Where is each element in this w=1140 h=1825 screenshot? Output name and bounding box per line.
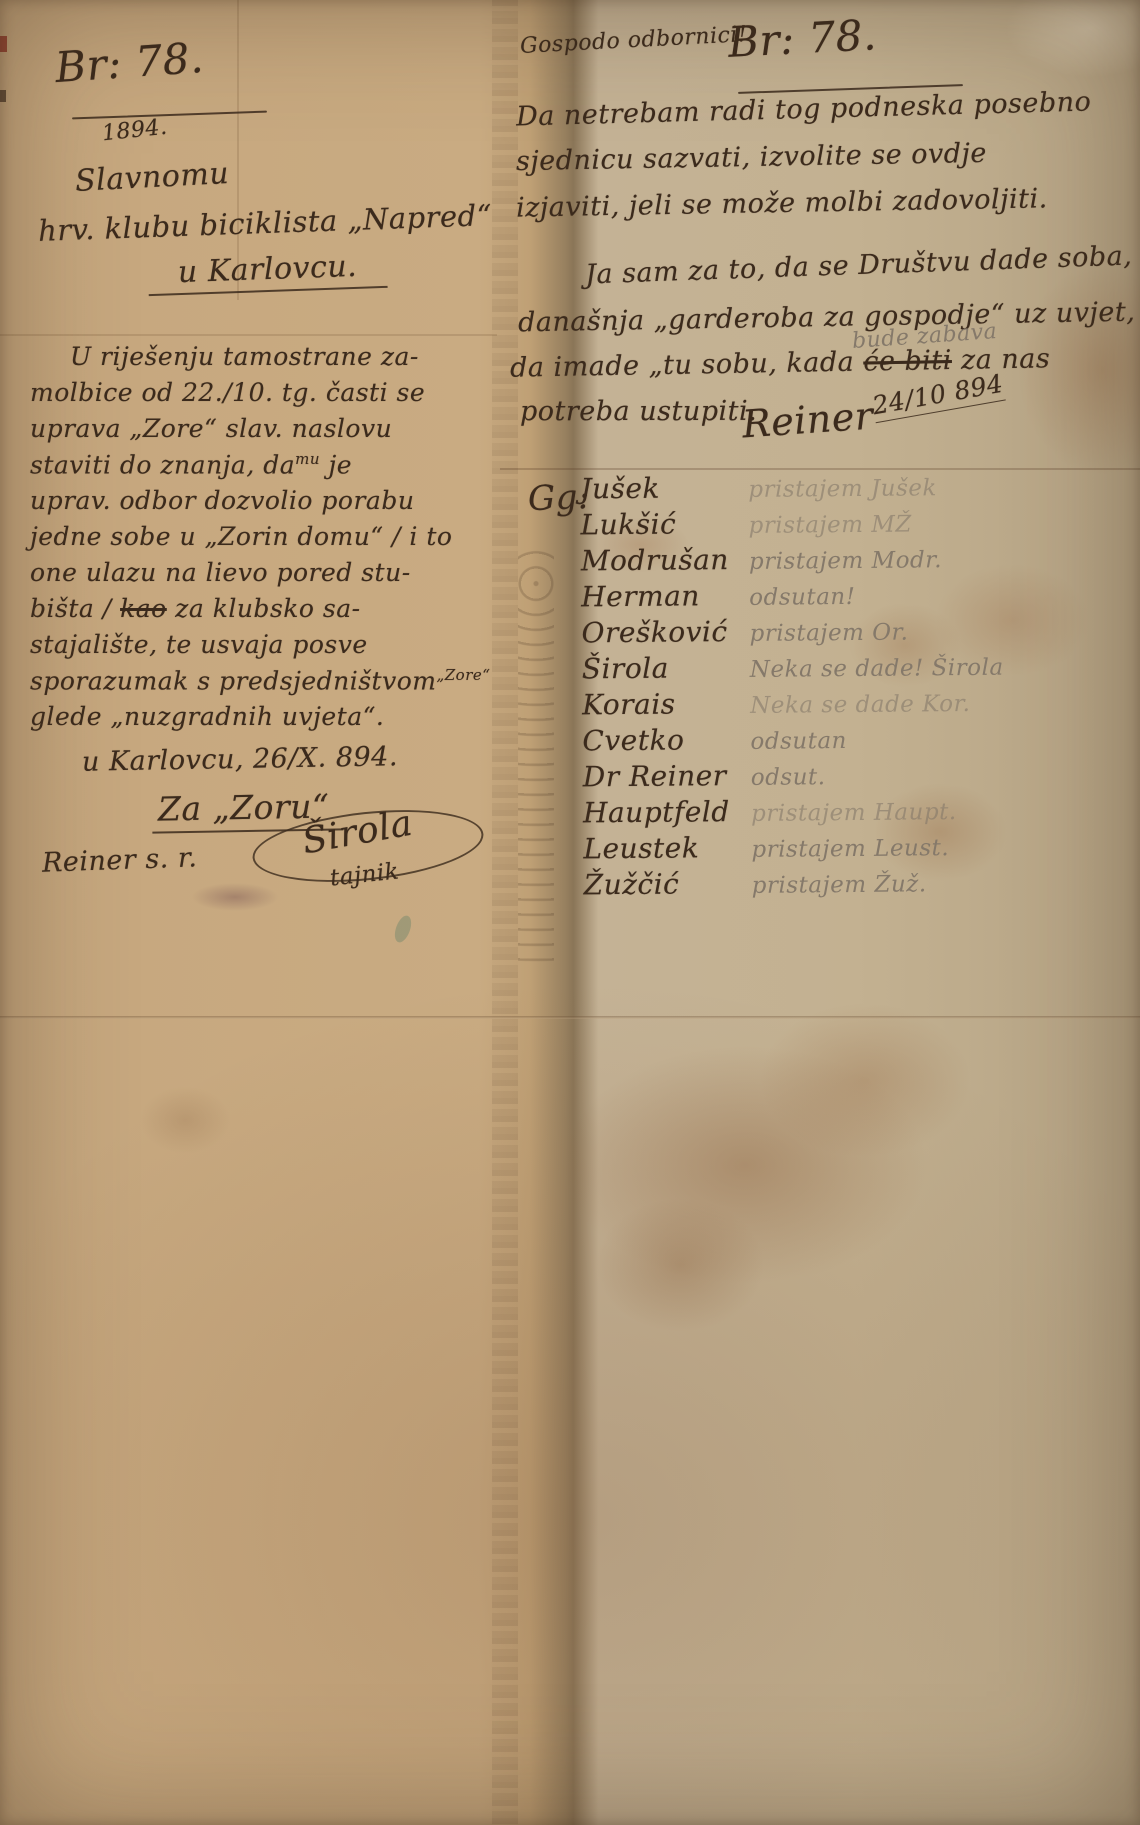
fold-line-vertical — [492, 0, 518, 1825]
vote-response: odsutan — [750, 728, 847, 755]
vote-response: pristajem Žuž. — [752, 871, 927, 899]
right-para2-line-4: potreba ustupiti. — [520, 396, 757, 427]
vote-row-sirola: Širola Neka se dade! Širola — [582, 648, 1122, 689]
vote-response: pristajem MŽ — [748, 511, 911, 538]
vote-response: Neka se dade Kor. — [750, 691, 970, 719]
left-body-line-1: U riješenju tamostrane za- — [70, 342, 419, 371]
vote-response: odsut. — [751, 764, 826, 791]
right-ref-number: Br: 78. — [727, 10, 878, 67]
vote-name: Dr Reiner — [583, 759, 741, 793]
vote-row-oreskovic: Orešković pristajem Or. — [581, 612, 1121, 653]
left-ref-underline — [72, 111, 267, 120]
left-body-line-9: stajalište, te usvaja posve — [30, 630, 368, 659]
vote-response: pristajem Jušek — [748, 475, 937, 503]
right-para1-line-1: Da netrebam radi tog podneska posebno — [516, 86, 1092, 132]
right-para1-line-3: izjaviti, jeli se može molbi zadovoljiti… — [516, 183, 1048, 223]
vote-row-leustek: Leustek pristajem Leust. — [583, 828, 1123, 869]
dark-edge-mark — [0, 90, 6, 102]
vote-name: Žužčić — [584, 867, 742, 901]
address-line-2: hrv. klubu biciklista „Napred“ — [38, 198, 493, 248]
left-body-line-5: uprav. odbor dozvolio porabu — [30, 486, 414, 515]
vote-name: Leustek — [583, 831, 741, 865]
line8-text: bišta / — [30, 594, 120, 623]
vote-response: Neka se dade! Širola — [750, 655, 1004, 683]
crease-horizontal-full — [0, 1016, 1140, 1019]
vote-row-dr-reiner: Dr Reiner odsut. — [583, 756, 1123, 797]
vote-name: Širola — [582, 651, 740, 685]
right-para2-line-2: današnja „garderoba za gospodje“ uz uvje… — [518, 297, 1136, 339]
left-body-line-11: glede „nuzgradnih uvjeta“. — [30, 702, 384, 731]
right-para2-line-1: Ja sam za to, da se Društvu dade soba, — [585, 240, 1133, 290]
left-body-line-8: bišta / kao za klubsko sa- — [30, 594, 361, 623]
line8-struck-word: kao — [120, 594, 167, 623]
crease-horizontal-left — [0, 334, 497, 336]
votes-list: Jušek pristajem Jušek Lukšić pristajem M… — [580, 468, 1124, 905]
red-edge-mark — [0, 36, 7, 52]
line4-superscript: mu — [295, 450, 320, 468]
vote-name: Lukšić — [580, 507, 738, 541]
vote-response: pristajem Or. — [749, 620, 908, 647]
vote-response: pristajem Haupt. — [751, 799, 957, 827]
line4-text: staviti do znanja, da — [30, 450, 295, 479]
right-para1-line-2: sjednicu sazvati, izvolite se ovdje — [516, 138, 987, 177]
vote-name: Herman — [581, 579, 739, 613]
vote-name: Jušek — [580, 471, 738, 505]
line10-superscript: „Zore“ — [436, 666, 490, 684]
para2-line3-text-end: za nas — [952, 343, 1051, 376]
green-smudge — [392, 913, 415, 944]
vote-row-modrusan: Modrušan pristajem Modr. — [581, 540, 1121, 581]
vote-row-cvetko: Cvetko odsutan — [582, 720, 1122, 761]
vote-response: pristajem Leust. — [751, 835, 949, 863]
vote-name: Modrušan — [581, 543, 739, 577]
vote-name: Hauptfeld — [583, 795, 741, 829]
left-body-line-10: sporazumak s predsjedništvom„Zore“ — [30, 666, 490, 695]
vote-row-herman: Herman odsutan! — [581, 576, 1121, 617]
vote-row-hauptfeld: Hauptfeld pristajem Haupt. — [583, 792, 1123, 833]
signature-reiner-left: Reiner s. r. — [42, 842, 198, 878]
manuscript-scan: Br: 78. 1894. Slavnomu hrv. klubu bicikl… — [0, 0, 1140, 1825]
right-salutation: Gospodo odbornici! — [520, 22, 748, 59]
line8-text-end: za klubsko sa- — [167, 594, 361, 623]
para2-line3-text: da imade „tu sobu, kada — [510, 347, 864, 384]
left-body-line-6: jedne sobe u „Zorin domu“ / i to — [30, 522, 452, 551]
vote-row-korais: Korais Neka se dade Kor. — [582, 684, 1122, 725]
left-body-line-4: staviti do znanja, damu je — [30, 450, 352, 479]
vote-response: odsutan! — [749, 584, 855, 611]
address-line-1: Slavnomu — [74, 156, 230, 199]
vote-name: Orešković — [581, 615, 739, 649]
vote-row-jusek: Jušek pristajem Jušek — [580, 468, 1120, 509]
address-line-3: u Karlovcu. — [147, 248, 388, 296]
left-ref-number: Br: 78. — [53, 33, 205, 92]
signature-reiner-right: Reiner — [741, 393, 875, 446]
line10-text: sporazumak s predsjedništvom — [30, 666, 436, 695]
vote-name: Cvetko — [582, 723, 740, 757]
para2-line3-struck: će biti — [863, 345, 952, 378]
line4-text-end: je — [320, 450, 352, 479]
left-body-line-2: molbice od 22./10. tg. časti se — [30, 378, 425, 407]
left-ref-year: 1894. — [101, 115, 169, 147]
vote-row-luksic: Lukšić pristajem MŽ — [580, 504, 1120, 545]
fold-speckle-band — [518, 550, 554, 970]
vote-name: Korais — [582, 687, 740, 721]
left-body-line-3: uprava „Zore“ slav. naslovu — [30, 414, 392, 443]
left-dateline: u Karlovcu, 26/X. 894. — [82, 741, 398, 778]
vote-row-zuzcic: Žužčić pristajem Žuž. — [584, 864, 1124, 905]
vote-response: pristajem Modr. — [749, 547, 942, 575]
left-body-line-7: one ulazu na lievo pored stu- — [30, 558, 411, 587]
